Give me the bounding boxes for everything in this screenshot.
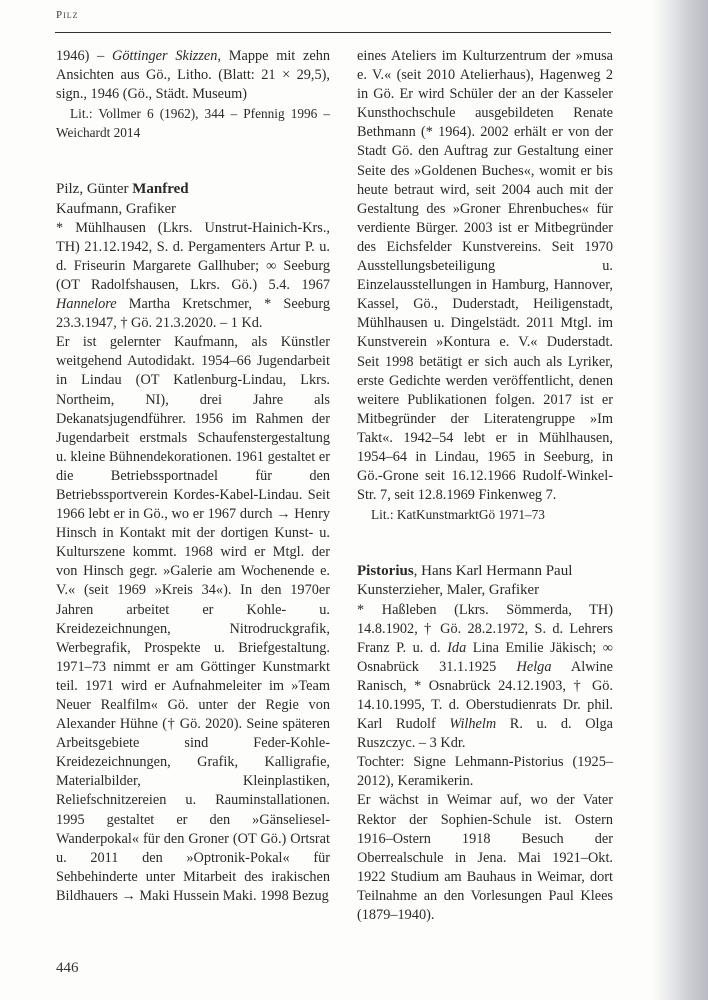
right-column: eines Ateliers im Kulturzentrum der »mus… (357, 47, 613, 925)
entry-surname: Pilz (56, 181, 79, 197)
literature-reference: Lit.: Vollmer 6 (1962), 344 – Pfennig 19… (56, 104, 330, 142)
continued-entry-text: 1946) – Göttinger Skizzen, Mappe mit zeh… (56, 47, 330, 104)
entry-surname: Pistorius (357, 563, 414, 579)
entry-profession: Kaufmann, Grafiker (56, 200, 330, 219)
running-head: Pilz (56, 9, 79, 21)
entry-daughter-note: Tochter: Signe Lehmann-Pistorius (1925–2… (357, 753, 613, 791)
page-edge-shadow (652, 0, 708, 1000)
entry-given-names: Hans Karl Hermann Paul (421, 563, 572, 579)
entry-separator (56, 142, 330, 180)
entry-career-text: Er wächst in Weimar auf, wo der Vater Re… (357, 791, 613, 925)
entry-separator (357, 524, 613, 562)
entry-heading-pistorius: Pistorius, Hans Karl Hermann Paul (357, 562, 613, 581)
entry-biographical-data: * Mühlhausen (Lkrs. Unstrut-Hainich-Krs.… (56, 219, 330, 334)
left-column: 1946) – Göttinger Skizzen, Mappe mit zeh… (56, 47, 330, 906)
entry-career-text: Er ist gelernter Kaufmann, als Künstler … (56, 333, 330, 906)
work-title: Göttinger Skizzen (112, 48, 217, 64)
entry-profession: Kunsterzieher, Maler, Grafiker (357, 581, 613, 600)
entry-biographical-data: * Haßleben (Lkrs. Sömmerda, TH) 14.8.190… (357, 601, 613, 754)
entry-callname: Manfred (132, 181, 188, 197)
literature-reference: Lit.: KatKunstmarktGö 1971–73 (357, 505, 613, 524)
entry-given-names: Günter (87, 181, 129, 197)
header-rule (55, 32, 611, 33)
page-number: 446 (56, 960, 79, 977)
continued-entry-text: eines Ateliers im Kulturzentrum der »mus… (357, 47, 613, 505)
entry-heading-pilz: Pilz, Günter Manfred (56, 180, 330, 199)
cross-reference-link[interactable]: → Maki Hussein Maki (122, 888, 253, 904)
